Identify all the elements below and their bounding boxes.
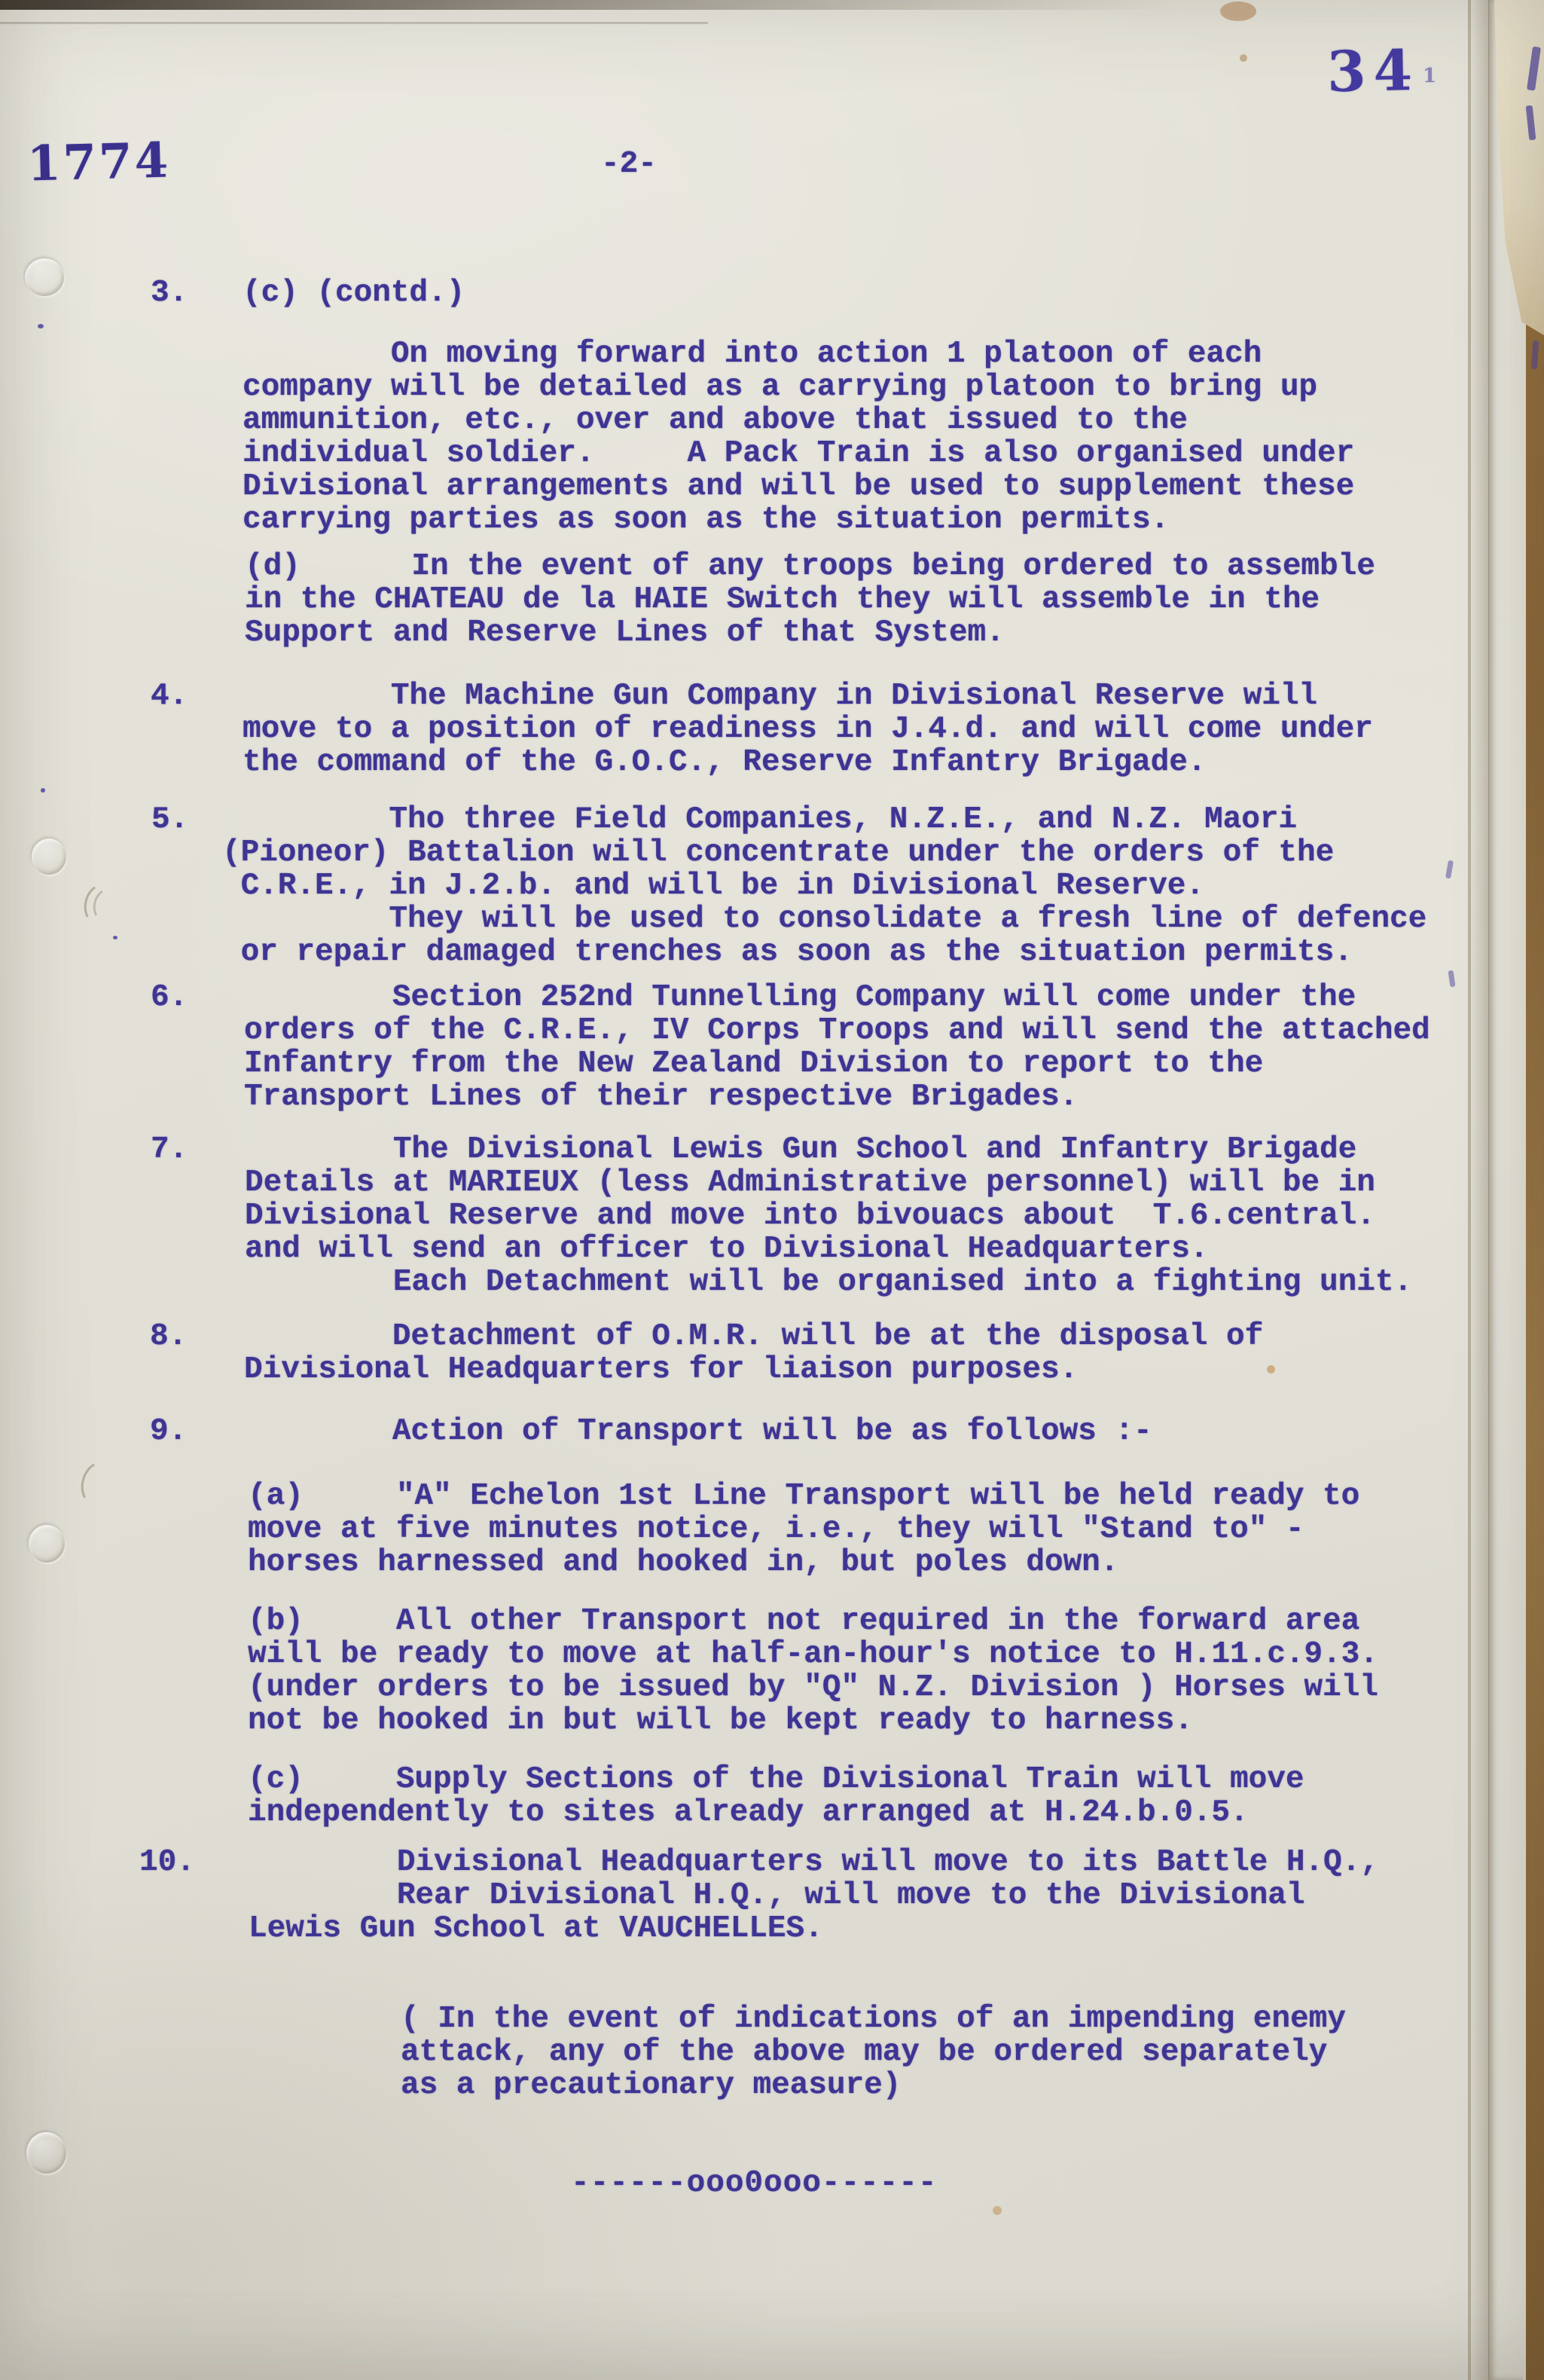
- ink-speck: [41, 788, 45, 793]
- ink-speck: [113, 936, 117, 939]
- adjacent-page-writing-mark: [1445, 860, 1454, 879]
- section-8-body: Detachment of O.M.R. will be at the disp…: [244, 1320, 1263, 1386]
- paragraph-3c-contd: On moving forward into action 1 platoon …: [243, 338, 1354, 536]
- section-4-number: 4.: [151, 680, 188, 713]
- end-divider: ------ooo0ooo------: [571, 2167, 937, 2200]
- stray-mark: 1: [1423, 65, 1436, 87]
- section-3-heading: (c) (contd.): [243, 276, 465, 310]
- punch-hole: [26, 2132, 66, 2174]
- section-8-number: 8.: [150, 1320, 187, 1353]
- file-number-stamp: 1774: [26, 133, 171, 193]
- stain: [1220, 2, 1256, 21]
- paper-top-crease: [0, 22, 708, 24]
- stain: [1240, 54, 1247, 62]
- punch-hole: [32, 839, 66, 875]
- page-right-shade: [1471, 0, 1489, 2380]
- paragraph-9a: (a) "A" Echelon 1st Line Transport will …: [248, 1480, 1359, 1579]
- ink-speck: [38, 324, 44, 328]
- section-6-number: 6.: [151, 981, 188, 1014]
- section-10-body: Divisional Headquarters will move to its…: [249, 1846, 1379, 1945]
- crescent-impression: [75, 1455, 131, 1514]
- section-5-body: Tho three Field Companies, N.Z.E., and N…: [222, 803, 1427, 969]
- page-number: -2-: [601, 148, 657, 181]
- paragraph-9b: (b) All other Transport not required in …: [248, 1605, 1378, 1737]
- section-7-body: The Divisional Lewis Gun School and Infa…: [245, 1133, 1412, 1299]
- section-3-number: 3.: [151, 276, 188, 310]
- stain: [1267, 1365, 1275, 1373]
- punch-hole: [25, 258, 64, 296]
- adjacent-page-writing-mark: [1448, 970, 1456, 988]
- section-5-number: 5.: [151, 803, 188, 836]
- section-10-number: 10.: [139, 1846, 195, 1879]
- section-9-body: Action of Transport will be as follows :…: [244, 1415, 1152, 1448]
- paragraph-9c: (c) Supply Sections of the Divisional Tr…: [248, 1763, 1304, 1829]
- section-7-number: 7.: [151, 1133, 188, 1166]
- scanned-document-photo: 34 1 1774 -2- 3. (c) (contd.) On moving …: [0, 0, 1544, 2380]
- paragraph-3d: (d) In the event of any troops being ord…: [245, 550, 1375, 649]
- folio-number-stamp: 34: [1326, 38, 1420, 105]
- closing-note: ( In the event of indications of an impe…: [401, 2003, 1346, 2102]
- section-6-body: Section 252nd Tunnelling Company will co…: [244, 981, 1430, 1114]
- paper-top-edge: [0, 0, 1175, 10]
- stain: [993, 2206, 1002, 2215]
- section-4-body: The Machine Gun Company in Divisional Re…: [243, 680, 1373, 779]
- section-9-number: 9.: [150, 1415, 187, 1448]
- punch-hole: [29, 1525, 65, 1563]
